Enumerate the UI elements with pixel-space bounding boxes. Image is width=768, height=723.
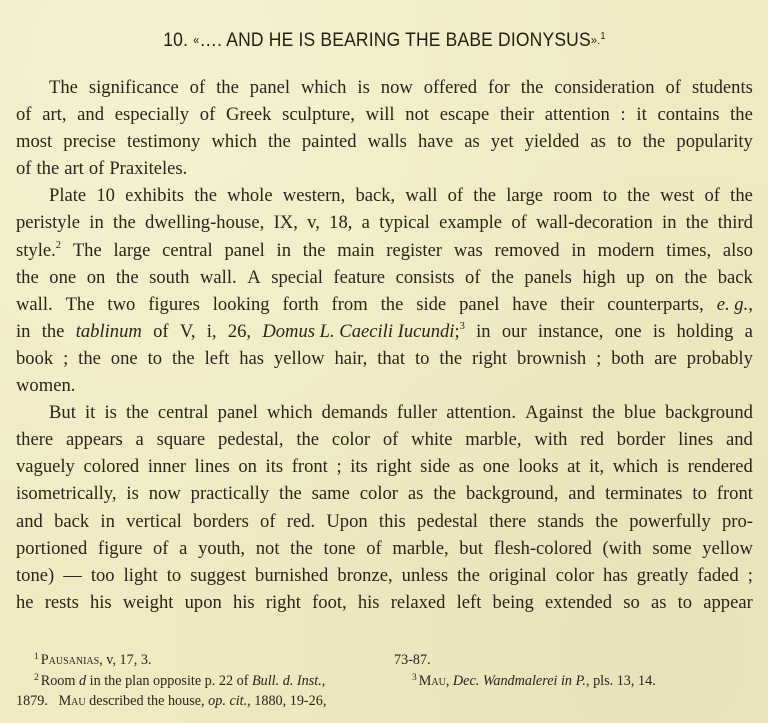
word: is [357,74,369,101]
word: of [200,101,216,128]
word: are [654,345,677,372]
word: red [580,426,604,453]
text-line: isometrically,isnowpracticallythesamecol… [16,480,753,507]
footnote-text: Pausanias [41,652,99,668]
text-line: Butitisthecentralpanelwhichdemandsfuller… [16,399,753,426]
word: of [448,182,464,209]
word: one [615,318,642,345]
word: yellow [702,535,753,562]
word: its [350,453,368,480]
word: a [179,535,187,562]
word: border [617,426,666,453]
word: yielded [525,128,580,155]
word: pro- [722,508,753,535]
text-line: Plate10exhibitsthewholewestern,back,wall… [16,182,753,209]
word: to [167,562,181,589]
word: one [483,453,510,480]
chapter-heading: 10. «…. AND HE IS BEARING THE BABE DIONY… [45,30,723,52]
word: right [266,589,301,616]
text-line: book;theonetothelefthasyellowhair,thatto… [16,345,753,372]
footnote-number: 3 [412,673,417,683]
footnote-3: 3Mau, Dec. Wandmalerei in P., pls. 13, 1… [394,671,734,692]
word: isometrically, [16,480,117,507]
word: their [560,291,594,318]
word: modern [598,237,655,264]
word: (with [602,535,641,562]
word: 26, [228,318,251,345]
word: powerfully [629,508,711,535]
word: art, [42,101,66,128]
word: The [73,237,102,264]
word: one [111,345,138,372]
word: vertical [126,508,182,535]
word: the [37,155,60,182]
word: art [64,155,84,182]
word: front [292,453,328,480]
text-line: mostprecisetestimonywhichthepaintedwalls… [16,128,753,155]
word: the [194,182,217,209]
footnote-text: , [446,673,453,689]
word: brownish [517,345,586,372]
word: which [267,399,312,426]
body-text: Thesignificanceofthepanelwhichisnowoffer… [16,74,753,616]
word: tone [324,535,356,562]
word: marble, [465,426,521,453]
word: of [665,74,681,101]
word: also [723,237,753,264]
word: pedestal, [218,426,284,453]
footnote-number: 2 [34,673,39,683]
word: of [89,155,105,182]
word: tablinum [76,318,142,345]
word: large [506,182,543,209]
footnote-text: Mau [59,693,86,709]
word: now [149,480,181,507]
word: the [268,128,291,155]
word: the [16,264,39,291]
word: students [692,74,753,101]
word: offered [424,74,477,101]
word: at [567,453,580,480]
word: Greek [226,101,271,128]
word: consideration [554,74,654,101]
word: A [247,264,260,291]
word: wall [405,182,437,209]
word: dwelling-house, [145,209,264,236]
word: left [457,589,482,616]
word: on [238,453,257,480]
heading-number: 10. [163,30,188,51]
footnote-ref[interactable]: 2 [56,240,61,251]
word: precise [63,128,116,155]
word: the [433,480,456,507]
word: appears [66,426,123,453]
word: and [726,426,753,453]
word: the [473,182,496,209]
word: the [457,562,480,589]
word: pedestal [417,508,478,535]
word: the [730,182,753,209]
word: suggest [190,562,246,589]
word: counterparts, [607,291,704,318]
word: attention. [446,399,516,426]
word: to [692,480,706,507]
word: his [90,589,112,616]
text-line: vaguelycoloredinnerlinesonitsfront;itsri… [16,453,753,480]
word: but [459,535,483,562]
word: consists [396,264,455,291]
word: marble, [392,535,448,562]
word: Against [525,399,583,426]
word: right [376,453,411,480]
word: it [85,399,95,426]
word: on [87,264,106,291]
word: the [126,399,149,426]
word: ; [596,345,601,372]
word: he [16,589,34,616]
word: vaguely [16,453,75,480]
word: style.2 [16,237,61,264]
word: of [366,535,382,562]
word: bronze, [337,562,392,589]
word: looking [213,291,270,318]
word: wall-decoration [536,209,653,236]
word: ; [336,453,341,480]
word: light [124,562,158,589]
footnote-text: 73-87. [394,652,431,668]
word: central [162,237,213,264]
text-line: women. [16,372,753,399]
word: back [718,264,753,291]
word: his [358,589,380,616]
word: removed [495,237,560,264]
word: main [337,237,374,264]
word: But [49,399,76,426]
word: of [704,182,720,209]
text-line: portionedfigureofayouth,notthetoneofmarb… [16,535,753,562]
word: 10 [96,182,115,209]
word: which [301,74,346,101]
word: it [636,101,646,128]
text-line: thereappearsasquarepedestal,thecolorofwh… [16,426,753,453]
word: of [16,101,32,128]
word: their [500,101,534,128]
word: now [381,74,413,101]
word: his [233,589,255,616]
word: is [126,480,138,507]
word: to [678,589,692,616]
word: western, [283,182,345,209]
text-line: theoneonthesouthwall.Aspecialfeaturecons… [16,264,753,291]
word: background [665,399,753,426]
footnote-text: Bull. d. Inst. [252,673,322,689]
word: left [205,345,230,372]
word: of [260,508,276,535]
word: the [303,237,326,264]
word: lines [678,426,713,453]
word: to [617,128,631,155]
word: figure [98,535,142,562]
word: two [107,291,135,318]
word: of [153,318,169,345]
word: the [595,508,618,535]
word: panel [459,291,499,318]
word: Upon [326,508,367,535]
word: v, [307,209,320,236]
word: faded [697,562,738,589]
word: extended [545,589,612,616]
word: central [158,399,209,426]
word: upon [185,589,222,616]
word: to [148,345,162,372]
word: in [89,209,103,236]
text-line: oftheartofPraxiteles. [16,155,753,182]
text-line: tone)—toolighttosuggestburnishedbronze,u… [16,562,753,589]
word: of [190,74,206,101]
word: instance, [538,318,604,345]
word: in [16,318,30,345]
word: Domus L. Caecili Iucundi;3 [262,318,465,345]
word: — [63,562,82,589]
word: is [667,453,679,480]
word: the [296,426,319,453]
footnote-2: 2Room d in the plan opposite p. 22 of Bu… [16,671,380,692]
word: escape [440,101,490,128]
word: contains [657,101,719,128]
word: the [730,101,753,128]
word: our [502,318,527,345]
word: white [411,426,452,453]
word: the [116,264,139,291]
word: in [100,508,114,535]
word: 18, [329,209,352,236]
word: hair, [334,345,367,372]
word: side [416,291,446,318]
word: the [78,345,101,372]
word: as [459,453,475,480]
word: color [360,480,398,507]
word: Praxiteles. [109,155,187,182]
word: wall. [200,264,237,291]
footnote-text: Room [41,673,79,689]
footnote-ref[interactable]: 3 [460,321,465,332]
word: same [312,480,350,507]
word: as [590,128,606,155]
word: terminates [605,480,682,507]
word: typical [379,209,430,236]
word: with [534,426,567,453]
word: the [279,480,302,507]
word: the [290,535,313,562]
word: of [465,264,481,291]
word: south [149,264,189,291]
word: a [136,426,144,453]
word: foot, [312,589,347,616]
word: tone) [16,562,54,589]
footnote-text: d [79,673,86,689]
text-line: Thesignificanceofthepanelwhichisnowoffer… [16,74,753,101]
word: blue [624,399,656,426]
text-line: style.2Thelargecentralpanelinthemainregi… [16,237,753,264]
word: the [684,264,707,291]
word: there [489,508,526,535]
word: is [653,318,665,345]
word: feature [333,264,385,291]
word: walls [368,128,407,155]
word: back, [355,182,395,209]
word: the [592,399,615,426]
word: one [49,264,76,291]
word: panels [524,264,572,291]
word: and [16,508,43,535]
word: back [54,508,89,535]
word: the [521,74,544,101]
word: both [611,345,644,372]
word: weight [123,589,174,616]
word: women. [16,372,75,399]
word: for [488,74,510,101]
word: sculpture, [282,101,355,128]
word: popularity [676,128,752,155]
word: the [491,264,514,291]
word: demands [322,399,388,426]
text-line: herestshisweightuponhisrightfoot,hisrela… [16,589,753,616]
word: panel [225,237,265,264]
text-line: wall.Thetwofigureslookingforthfromthesid… [16,291,753,318]
word: side [420,453,450,480]
footnote-text: , v, 17, 3. [99,652,151,668]
text-line: peristyleinthedwelling-house,IX,v,18,aty… [16,209,753,236]
footnote-text: in the plan opposite p. 22 of [86,673,252,689]
word: forth [282,291,318,318]
word: looks [518,453,558,480]
word: panel [250,74,290,101]
word: which [613,453,658,480]
word: most [16,128,52,155]
word: of [153,535,169,562]
word: rendered [688,453,753,480]
word: especially [115,101,189,128]
word: too [91,562,115,589]
word: i, [207,318,217,345]
word: have [418,128,453,155]
word: will [366,101,395,128]
word: is [105,399,117,426]
word: of [383,426,399,453]
word: a [362,209,370,236]
word: ; [748,562,753,589]
word: colored [83,453,139,480]
word: The [66,291,95,318]
word: probably [687,345,753,372]
word: Plate [49,182,86,209]
word: have [512,291,547,318]
word: yet [491,128,514,155]
word: red. [287,508,315,535]
word: and [568,480,595,507]
word: which [211,128,256,155]
word: significance [89,74,179,101]
word: inner [148,453,186,480]
word: the [42,318,65,345]
word: this [379,508,406,535]
word: background, [466,480,558,507]
word: youth, [198,535,245,562]
footnote-text: 1879. [16,693,59,709]
word: being [493,589,534,616]
word: testimony [127,128,200,155]
word: e. g., [717,291,753,318]
footnote-text: op. cit. [208,693,247,709]
footnote-continuation: 1879. Mau described the house, op. cit.,… [16,691,356,712]
word: to [603,182,617,209]
word: the [439,345,462,372]
word: example [439,209,502,236]
footnote-text: Dec. Wandmalerei in P. [453,673,586,689]
word: figures [148,291,200,318]
text-line: ofart,andespeciallyofGreeksculpture,will… [16,101,753,128]
word: unless [402,562,448,589]
word: to [415,345,429,372]
footnotes-left-column: 1Pausanias, v, 17, 3.2Room d in the plan… [16,650,356,712]
word: borders [193,508,249,535]
word: burnished [255,562,328,589]
word: peristyle [16,209,80,236]
word: portioned [16,535,87,562]
word: high [582,264,615,291]
heading-close-quote: ». [591,33,601,47]
paragraph: Butitisthecentralpanelwhichdemandsfuller… [16,399,753,616]
word: from [332,291,368,318]
word: it, [589,453,604,480]
word: practically [191,480,269,507]
word: attention [545,101,610,128]
word: large [114,237,151,264]
word: V, [180,318,196,345]
word: has [603,562,628,589]
word: color [332,426,370,453]
word: whole [227,182,272,209]
word: a [745,318,753,345]
footnotes-right-column: 73-87.3Mau, Dec. Wandmalerei in P., pls.… [394,650,734,691]
word: the [686,209,709,236]
word: special [271,264,323,291]
word: fuller [397,399,437,426]
word: appear [703,589,753,616]
text-line: inthetablinumofV,i,26,Domus L. Caecili I… [16,318,753,345]
word: room [553,182,592,209]
word: flesh-colored [494,535,592,562]
word: panel [218,399,258,426]
word: has [239,345,264,372]
word: in [277,237,291,264]
word: lines [195,453,230,480]
word: book [16,345,53,372]
word: greatly [637,562,689,589]
word: as [651,589,667,616]
word: some [652,535,691,562]
word: up [626,264,645,291]
word: third [718,209,753,236]
word: relaxed [391,589,446,616]
word: the [113,209,136,236]
footnote-text: Mau [419,673,446,689]
heading-footnote-ref[interactable]: 1 [600,31,605,42]
word: front [717,480,753,507]
word: painted [302,128,357,155]
word: in [662,209,676,236]
footnote-text: , [322,673,326,689]
